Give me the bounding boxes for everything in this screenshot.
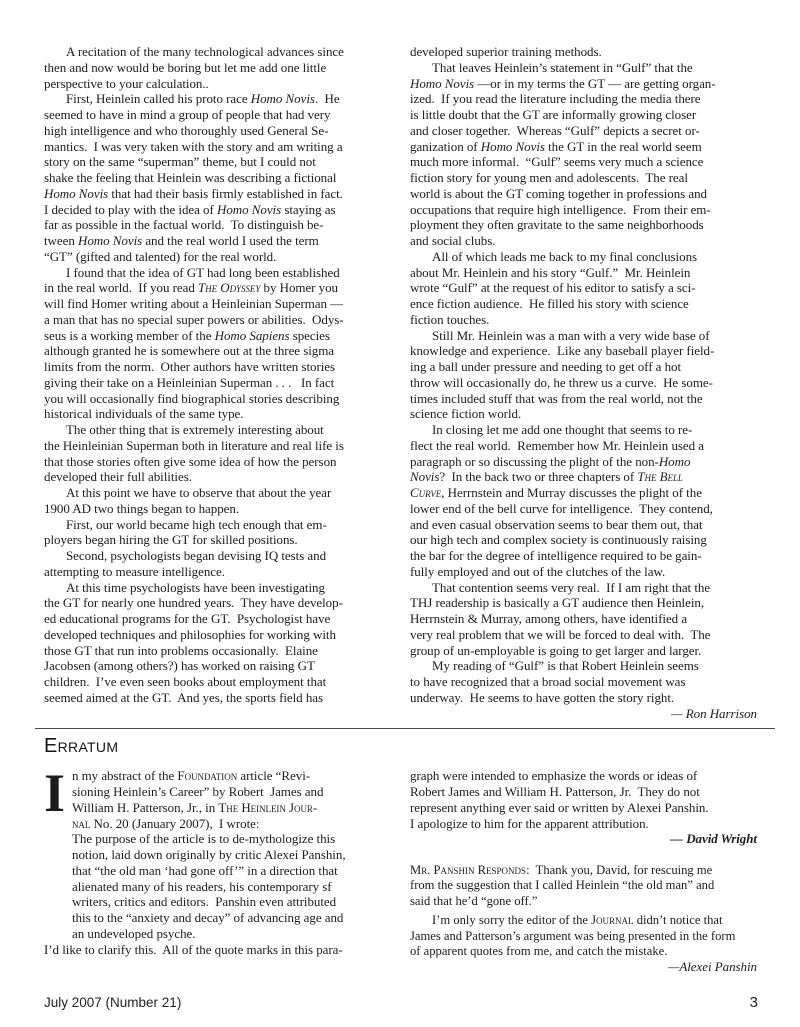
paragraph: In closing let me add one thought that s… <box>410 422 772 580</box>
erratum-blockquote: The purpose of the article is to de-myth… <box>72 831 402 941</box>
paragraph: That leaves Heinlein’s statement in “Gul… <box>410 60 772 249</box>
erratum-closing-line: I’d like to clarify this. All of the quo… <box>44 942 406 958</box>
wright-signature: — David Wright <box>410 831 761 847</box>
paragraph: I found that the idea of GT had long bee… <box>44 265 406 423</box>
erratum-heading: Erratum <box>44 735 764 758</box>
page-footer: July 2007 (Number 21) 3 <box>44 994 758 1011</box>
paragraph: That contention seems very real. If I am… <box>410 580 772 659</box>
paragraph: Second, psychologists began devising IQ … <box>44 548 406 580</box>
paragraph: At this point we have to observe that ab… <box>44 485 406 517</box>
paragraph: All of which leads me back to my final c… <box>410 249 772 328</box>
paragraph: The other thing that is extremely intere… <box>44 422 406 485</box>
panshin-signature: —Alexei Panshin <box>410 959 761 975</box>
erratum-intro-paragraph: In my abstract of the Foundation article… <box>44 768 406 831</box>
panshin-response-paragraph: I’m only sorry the editor of the Journal… <box>410 913 772 959</box>
paragraph: First, our world became high tech enough… <box>44 517 406 549</box>
paragraph: At this time psychologists have been inv… <box>44 580 406 706</box>
drop-cap: I <box>44 768 72 816</box>
page-content: A recitation of the many technological a… <box>44 44 764 975</box>
paragraph: First, Heinlein called his proto race Ho… <box>44 91 406 264</box>
article-right-column: developed superior training methods. Tha… <box>410 44 761 721</box>
erratum-section: Erratum In my abstract of the Foundation… <box>44 735 764 975</box>
paragraph: developed superior training methods. <box>410 44 772 60</box>
page-number: 3 <box>750 994 758 1011</box>
paragraph: A recitation of the many technological a… <box>44 44 406 91</box>
erratum-left-column: In my abstract of the Foundation article… <box>44 768 395 975</box>
section-divider <box>35 728 775 729</box>
erratum-right-column: graph were intended to emphasize the wor… <box>410 768 761 975</box>
panshin-response-paragraph: Mr. Panshin Responds: Thank you, David, … <box>410 863 772 909</box>
author-signature: — Ron Harrison <box>410 706 761 722</box>
paragraph: My reading of “Gulf” is that Robert Hein… <box>410 658 772 705</box>
article-columns: A recitation of the many technological a… <box>44 44 764 721</box>
paragraph: Still Mr. Heinlein was a man with a very… <box>410 328 772 423</box>
article-left-column: A recitation of the many technological a… <box>44 44 395 721</box>
issue-date-label: July 2007 (Number 21) <box>44 995 181 1010</box>
scanned-journal-page: { "article": { "left": [ {"indent": true… <box>0 0 800 1027</box>
spacer <box>410 847 761 855</box>
erratum-intro-text: n my abstract of the Foundation article … <box>72 768 323 830</box>
erratum-columns: In my abstract of the Foundation article… <box>44 768 764 975</box>
erratum-continuation-paragraph: graph were intended to emphasize the wor… <box>410 768 772 831</box>
